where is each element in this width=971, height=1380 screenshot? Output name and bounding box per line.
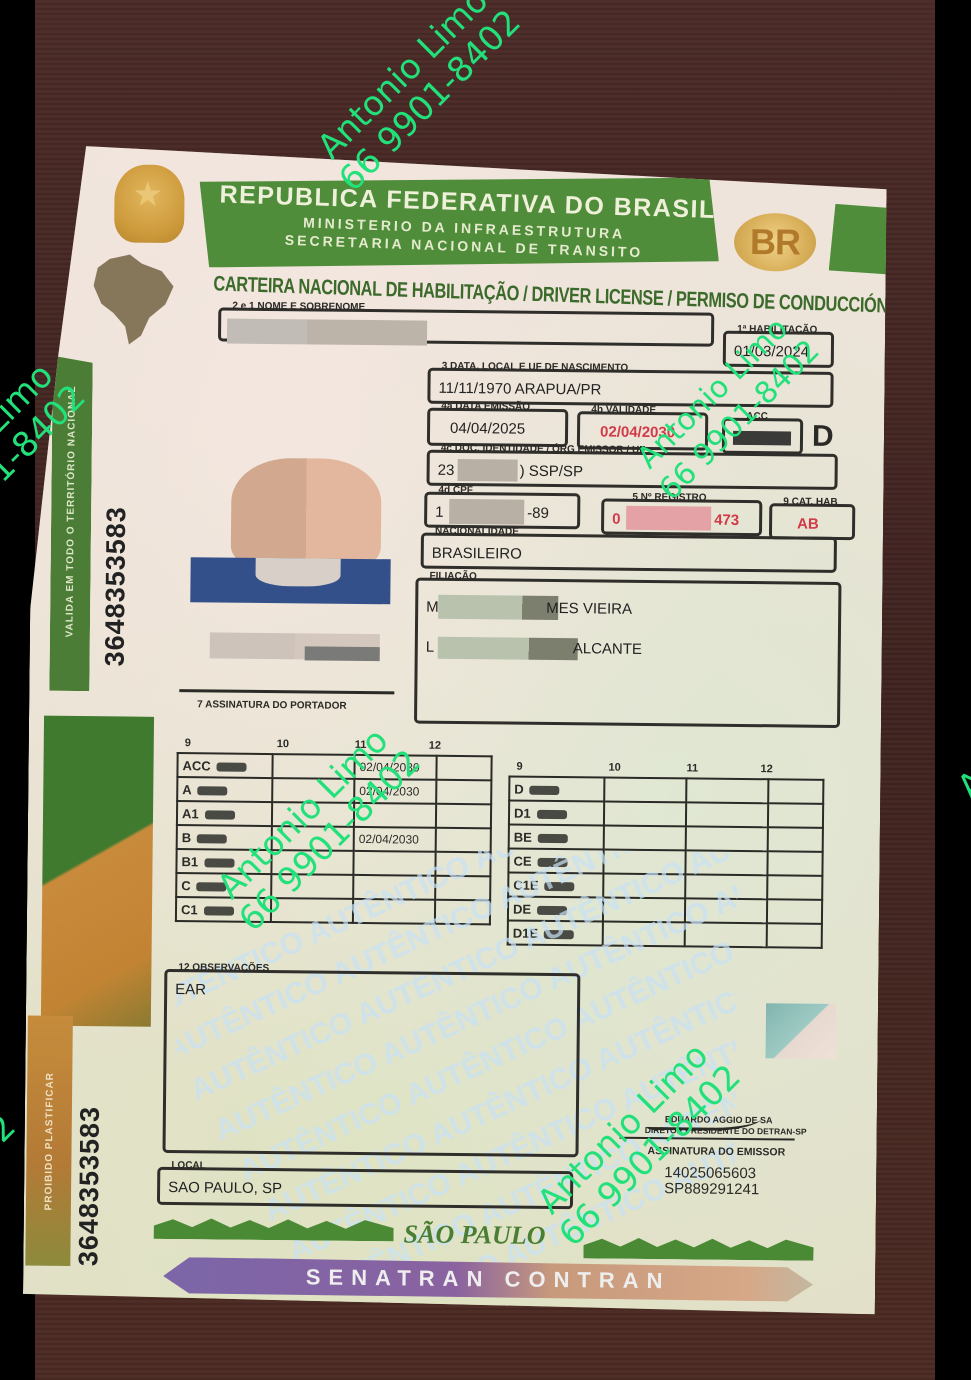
category-code: DE (508, 897, 603, 922)
category-code: C1E (508, 873, 603, 898)
category-col10 (603, 898, 685, 923)
photo-redaction-face (231, 458, 382, 570)
category-code: BE (509, 825, 604, 850)
vehicle-icon (538, 857, 568, 866)
filiation-label: FILIAÇÃO (426, 571, 479, 583)
category-code: D1E (508, 921, 603, 946)
expiry-date-label: 4b VALIDADE (588, 404, 659, 416)
birth-value: 11/11/1970 ARAPUA/PR (438, 380, 601, 399)
name-field: 2 e 1 NOME E SOBRENOME (218, 307, 714, 346)
vehicle-icon (544, 929, 574, 938)
category-col12 (767, 899, 822, 924)
category-validity (685, 922, 767, 947)
registry-value-suffix: 473 (714, 512, 739, 529)
identity-label: 4c DOC. IDENTIDADE / ÓRG EMISSOR / UF (438, 443, 649, 456)
parent1-prefix: M (426, 599, 439, 616)
vehicle-icon (198, 786, 228, 795)
category-code: D (509, 777, 604, 802)
column-number: 11 (686, 762, 698, 774)
br-seal-icon: BR (734, 213, 817, 272)
category-row: BE (509, 825, 823, 852)
column-number: 9 (516, 761, 522, 773)
registry-redaction (626, 506, 711, 531)
category-letter: D (812, 420, 834, 454)
cpf-redaction (449, 499, 524, 525)
name-redaction (227, 319, 427, 346)
category-code: D1 (509, 801, 604, 826)
category-col12 (768, 827, 823, 852)
wave-ornament-left (154, 1217, 394, 1242)
category-col12 (435, 900, 490, 925)
category-col12 (436, 780, 491, 805)
holder-photo (184, 447, 401, 679)
category-col12 (435, 876, 490, 901)
category-value: AB (797, 516, 819, 533)
parent2-prefix: L (426, 639, 435, 656)
senatran-band: SENATRAN CONTRAN (163, 1257, 813, 1302)
serial-number-bottom: 3648353583 (73, 1106, 106, 1266)
category-col10 (604, 826, 686, 851)
cpf-value-prefix: 1 (435, 504, 444, 521)
local-label: LOCAL (168, 1160, 209, 1171)
hologram-seal-icon (766, 1003, 837, 1059)
vehicle-icon (538, 833, 568, 842)
forgery-strip-text: PROIBIDO PLASTIFICAR (43, 1031, 56, 1251)
category-col12 (767, 851, 822, 876)
local-value: SAO PAULO, SP (168, 1179, 282, 1197)
category-code: A1 (177, 801, 272, 826)
observations-value: EAR (175, 981, 206, 998)
observations-label: 12 OBSERVAÇÕES (175, 962, 272, 974)
vehicle-icon (205, 810, 235, 819)
category-label: 9 CAT. HAB (780, 496, 840, 508)
issue-date-label: 4a DATA EMISSÃO (438, 401, 533, 413)
serial-number-top: 3648353583 (100, 506, 133, 666)
category-validity (353, 851, 435, 876)
local-field: LOCAL SAO PAULO, SP (157, 1167, 573, 1209)
nationality-field: NACIONALIDADE BRASILEIRO (421, 533, 837, 573)
parent1-redaction (438, 595, 558, 620)
parent2-redaction (438, 637, 578, 660)
nationality-label: NACIONALIDADE (432, 526, 522, 538)
category-col12 (436, 828, 491, 853)
category-col12 (436, 804, 491, 829)
cpf-label: 4d CPF (435, 485, 476, 496)
column-number: 12 (760, 763, 772, 775)
category-row: DE (508, 897, 822, 924)
right-black-border (935, 0, 971, 1380)
signature-redaction-dark (305, 646, 380, 661)
coat-of-arms-icon (114, 164, 185, 243)
decorative-strip (41, 716, 154, 1027)
categories-table-right: DD1BECEC1EDED1E (507, 776, 825, 949)
category-validity (685, 874, 767, 899)
wave-ornament-right (583, 1236, 813, 1260)
cpf-field: 4d CPF 1 -89 (424, 492, 580, 530)
category-col10 (603, 922, 685, 947)
category-row: D (509, 777, 823, 804)
category-code: ACC (177, 753, 272, 778)
category-code: A (177, 777, 272, 802)
vehicle-icon (545, 881, 575, 890)
header-band-right (829, 204, 890, 275)
holder-signature-label: 7 ASSINATURA DO PORTADOR (197, 699, 347, 712)
category-validity (686, 826, 768, 851)
category-col10 (603, 850, 685, 875)
category-field: 9 CAT. HAB AB (769, 503, 855, 540)
registry-value-prefix: 0 (612, 511, 621, 528)
state-name: SÃO PAULO (403, 1219, 545, 1250)
nationality-value: BRASILEIRO (432, 545, 522, 563)
senatran-text: SENATRAN CONTRAN (306, 1264, 671, 1294)
category-validity (353, 899, 435, 924)
category-col12 (768, 779, 823, 804)
issue-date-field: 4a DATA EMISSÃO 04/04/2025 (427, 408, 568, 447)
column-number: 10 (608, 762, 620, 774)
cpf-value-suffix: -89 (527, 505, 549, 522)
category-col10 (604, 802, 686, 827)
column-number: 9 (185, 737, 191, 749)
category-col10 (603, 874, 685, 899)
category-col12 (768, 803, 823, 828)
brazil-map-icon (93, 254, 174, 345)
category-col12 (767, 923, 822, 948)
category-validity (353, 875, 435, 900)
vehicle-icon (530, 785, 560, 794)
identity-value-suffix: ) SSP/SP (520, 463, 584, 481)
parent1-suffix: MES VIEIRA (546, 600, 632, 618)
parent2-suffix: ALCANTE (573, 640, 642, 658)
identity-redaction (458, 459, 518, 482)
category-col10 (604, 778, 686, 803)
vehicle-icon (197, 834, 227, 843)
identity-value-prefix: 23 (438, 462, 455, 479)
category-col12 (435, 852, 490, 877)
column-number: 12 (429, 740, 441, 752)
issue-date-value: 04/04/2025 (450, 420, 525, 438)
vehicle-icon (217, 762, 247, 771)
category-validity (686, 778, 768, 803)
holder-signature-line (179, 689, 394, 694)
category-col12 (436, 756, 491, 781)
vehicle-icon (537, 809, 567, 818)
filiation-field: FILIAÇÃO M MES VIEIRA L ALCANTE (414, 578, 842, 728)
column-number: 10 (277, 738, 289, 750)
category-validity (685, 850, 767, 875)
category-row: CE (508, 849, 822, 876)
category-col12 (767, 875, 822, 900)
issuer-code-2: SP889291241 (664, 1180, 759, 1198)
birth-label: 3 DATA, LOCAL E UF DE NASCIMENTO (439, 361, 632, 374)
category-validity (685, 898, 767, 923)
category-row: D1E (508, 921, 822, 948)
category-row: C1E (508, 873, 822, 900)
observations-field: 12 OBSERVAÇÕES EAR (162, 969, 580, 1157)
category-row: D1 (509, 801, 823, 828)
name-label: 2 e 1 NOME E SOBRENOME (229, 301, 368, 313)
photo-redaction-neck (255, 558, 340, 587)
category-validity (686, 802, 768, 827)
category-code: CE (508, 849, 603, 874)
vehicle-icon (537, 905, 567, 914)
